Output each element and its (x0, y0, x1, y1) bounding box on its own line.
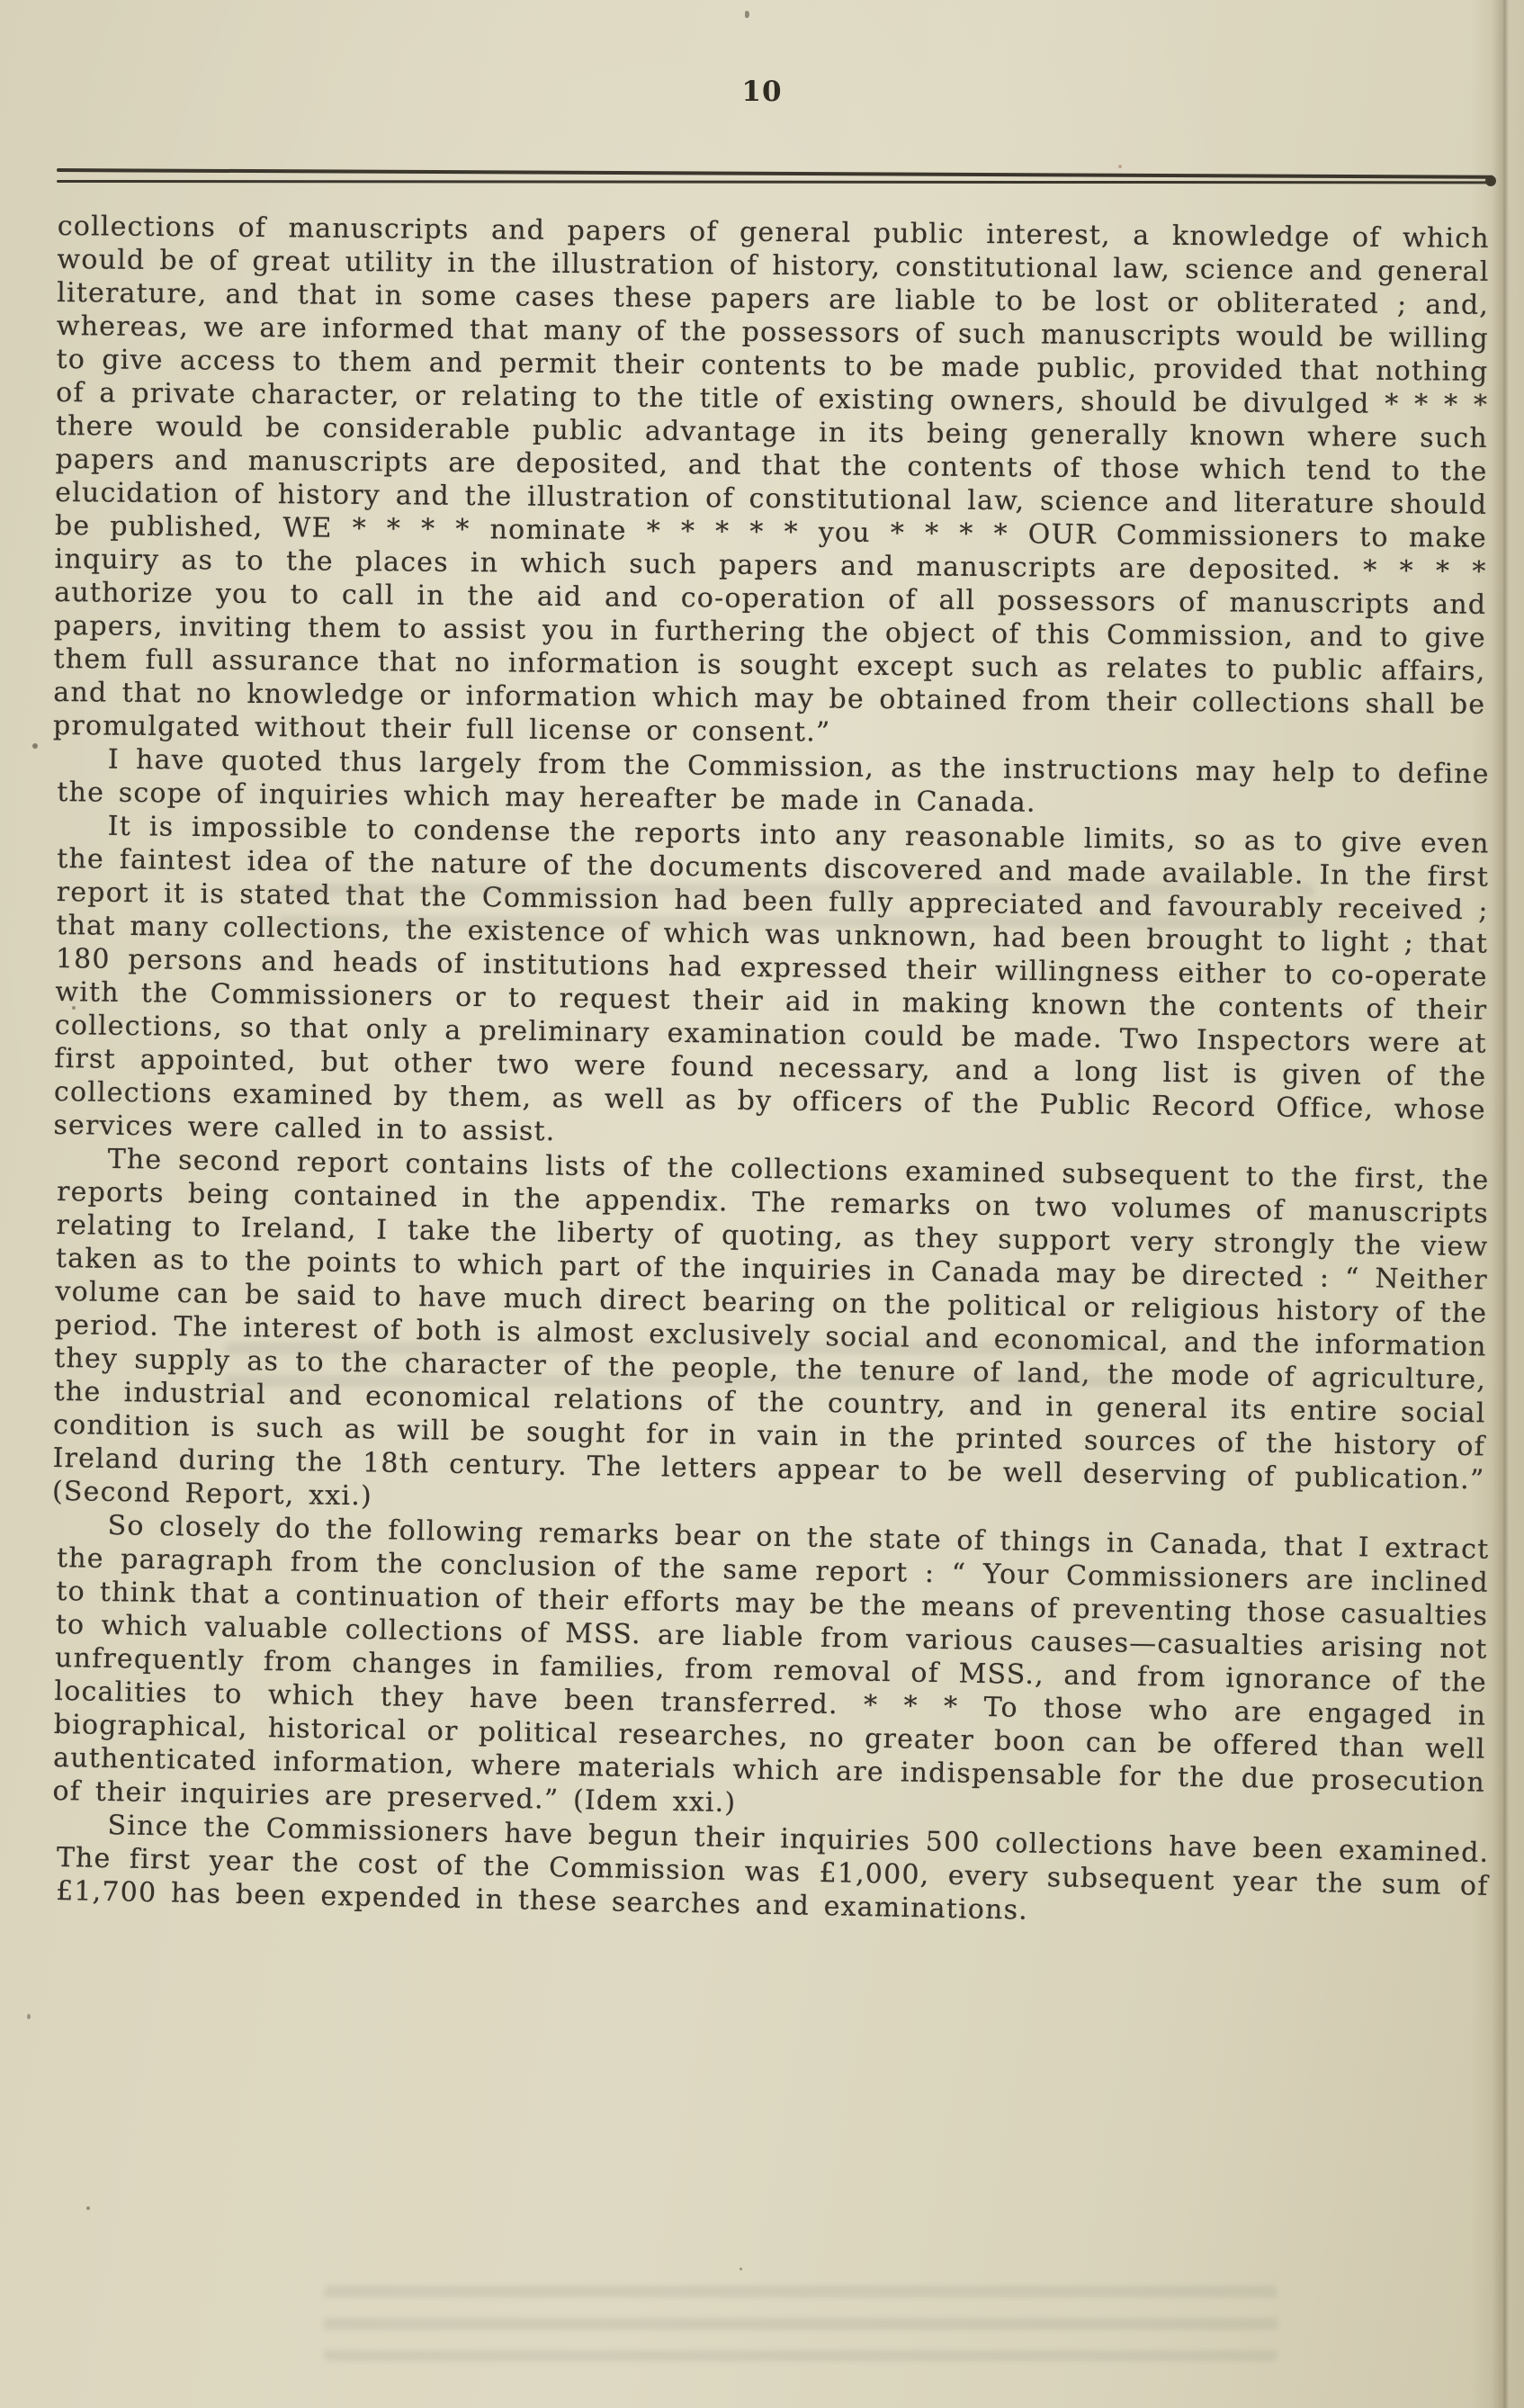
dust-speck (1118, 165, 1122, 168)
show-through-smudge (279, 884, 1313, 939)
divider-rule (57, 168, 1493, 182)
dust-speck (27, 2014, 31, 2019)
page-edge-shadow (1470, 0, 1524, 2408)
paragraph: It is impossible to condense the reports… (53, 809, 1490, 1161)
dust-speck (86, 2206, 90, 2210)
dust-speck (72, 1006, 76, 1010)
divider-rule-top-line (57, 168, 1493, 178)
dust-speck (740, 2268, 742, 2270)
paragraph: The second report contains lists of the … (52, 1142, 1490, 1530)
paragraph: collections of manuscripts and papers of… (53, 210, 1490, 755)
page-body-text: collections of manuscripts and papers of… (58, 210, 1490, 1908)
dust-speck (745, 11, 749, 18)
page-number: 10 (0, 76, 1524, 108)
show-through-smudge (225, 1343, 1134, 1389)
divider-rule-bottom-line (57, 180, 1493, 184)
scanned-page: 10 collections of manuscripts and papers… (0, 0, 1524, 2408)
dust-speck (32, 743, 38, 749)
show-through-smudge (324, 2286, 1277, 2361)
paragraph: So closely do the following remarks bear… (52, 1508, 1490, 1833)
